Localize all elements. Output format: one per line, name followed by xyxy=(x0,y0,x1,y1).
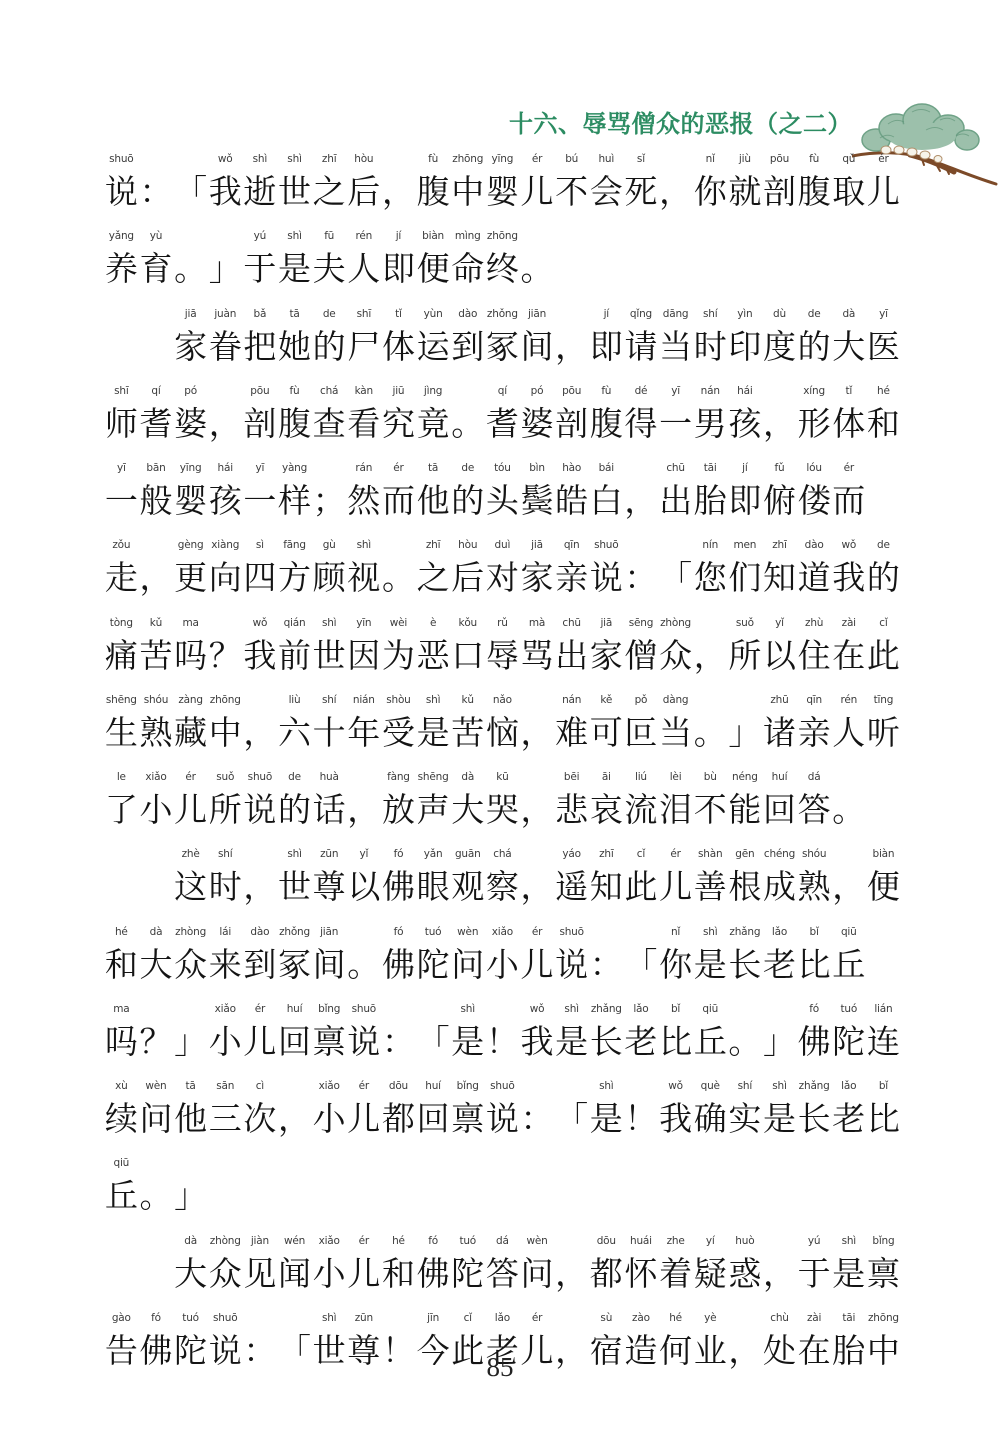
text-line: zǒu走，gèng更xiàng向sì四fāng方gù顾shì视。zhī之hòu后… xyxy=(104,536,934,613)
ruby-cell: dá答 xyxy=(485,1234,520,1309)
hanzi-text: 般 xyxy=(139,475,172,532)
pinyin-text: cǐ xyxy=(464,1311,472,1325)
text-line: ma吗？」xiǎo小ér儿huí回bǐng禀shuō说：「shì是！wǒ我shì… xyxy=(104,1000,934,1077)
ruby-cell: qiū丘 xyxy=(831,925,866,1000)
pinyin-text: tǐ xyxy=(395,307,402,321)
pinyin-text: kàn xyxy=(355,384,373,398)
pinyin-text: ér xyxy=(185,770,195,784)
ruby-cell: dù度 xyxy=(762,307,797,382)
hanzi-text: 禀 xyxy=(867,1248,900,1305)
ruby-cell: bǐ比 xyxy=(658,1002,693,1077)
ruby-cell: yùn运 xyxy=(416,307,451,382)
ruby-cell: dà大 xyxy=(450,770,485,845)
ruby-cell: 」 xyxy=(728,693,763,768)
ruby-cell: 。 xyxy=(693,693,728,768)
pinyin-text: ér xyxy=(844,461,854,475)
hanzi-text: 藏 xyxy=(174,707,207,764)
hanzi-text: ， xyxy=(521,707,554,764)
pinyin-text: zhǎng xyxy=(729,925,760,939)
pinyin-text: nián xyxy=(353,693,375,707)
page-footer: 85 xyxy=(0,1352,1000,1383)
ruby-cell: yī一 xyxy=(104,461,139,536)
pinyin-text: dá xyxy=(496,1234,509,1248)
pinyin-text: lǎo xyxy=(841,1079,856,1093)
hanzi-text: 的 xyxy=(867,552,900,609)
ruby-cell: ， xyxy=(554,307,589,382)
pinyin-text: hào xyxy=(562,461,581,475)
ruby-cell: hòu后 xyxy=(346,152,381,227)
ruby-cell: dàng当 xyxy=(658,693,693,768)
pinyin-text: bǎ xyxy=(254,307,267,321)
hanzi-text: 。 xyxy=(521,243,554,300)
pinyin-text: zǒu xyxy=(112,538,130,552)
pinyin-text: shī xyxy=(357,307,371,321)
ruby-cell: zǒu走 xyxy=(104,538,139,613)
pinyin-text: zhī xyxy=(426,538,440,552)
ruby-cell: fó佛 xyxy=(381,925,416,1000)
pinyin-text: biàn xyxy=(872,847,894,861)
hanzi-text: 说 xyxy=(105,166,138,223)
hanzi-text: 看 xyxy=(347,398,380,455)
pinyin-text: wǒ xyxy=(530,1002,545,1016)
pinyin-text: shì xyxy=(772,1079,786,1093)
ruby-cell: sǐ死 xyxy=(624,152,659,227)
pinyin-text: shēng xyxy=(418,770,449,784)
pinyin-text: chū xyxy=(562,616,580,630)
pinyin-text: fù xyxy=(428,152,438,166)
hanzi-text: 体 xyxy=(382,321,415,378)
hanzi-text: 以 xyxy=(347,861,380,918)
ruby-cell: néng能 xyxy=(728,770,763,845)
pinyin-text: zhe xyxy=(667,1234,685,1248)
ruby-cell: suǒ所 xyxy=(208,770,243,845)
hanzi-text: 住 xyxy=(798,630,831,687)
ruby-cell: kǔ苦 xyxy=(450,693,485,768)
ruby-cell: ， xyxy=(243,847,278,922)
hanzi-text: 儿 xyxy=(521,939,554,996)
pinyin-text: bǐng xyxy=(872,1234,894,1248)
pinyin-text: yù xyxy=(150,229,162,243)
hanzi-text: 陀 xyxy=(832,1016,865,1073)
ruby-cell: ér儿 xyxy=(658,847,693,922)
ruby-cell: 。 xyxy=(450,384,485,459)
chapter-title: 十六、辱骂僧众的恶报（之二） xyxy=(509,104,852,139)
ruby-cell: zhè这 xyxy=(173,847,208,922)
hanzi-text: 之 xyxy=(313,166,346,223)
hanzi-text: 把 xyxy=(243,321,276,378)
pinyin-text: zhī xyxy=(322,152,336,166)
pinyin-text: shì xyxy=(842,1234,856,1248)
hanzi-text: 一 xyxy=(659,398,692,455)
hanzi-text: 的 xyxy=(278,784,311,841)
ruby-cell: bǐng禀 xyxy=(866,1234,901,1309)
pinyin-text: shì xyxy=(703,925,717,939)
hanzi-text: 我 xyxy=(209,166,242,223)
ruby-cell: shí十 xyxy=(312,693,347,768)
pinyin-text: qǐng xyxy=(630,307,652,321)
pinyin-text: de xyxy=(461,461,474,475)
pinyin-text: suǒ xyxy=(736,616,754,630)
hanzi-text: 道 xyxy=(798,552,831,609)
hanzi-text: 家 xyxy=(590,630,623,687)
pinyin-text: dào xyxy=(805,538,824,552)
pinyin-text: wǒ xyxy=(218,152,233,166)
pinyin-text: bǐng xyxy=(318,1002,340,1016)
ruby-cell: zài在 xyxy=(831,616,866,691)
pinyin-text: wèn xyxy=(526,1234,547,1248)
pinyin-text: shí xyxy=(738,1079,752,1093)
hanzi-text: ： xyxy=(139,166,172,223)
hanzi-text: 婆 xyxy=(174,398,207,455)
pinyin-text: zhōng xyxy=(487,229,518,243)
hanzi-text: 后 xyxy=(347,166,380,223)
ruby-cell: ma吗 xyxy=(104,1002,139,1077)
pinyin-text: è xyxy=(430,616,436,630)
ruby-cell: qián前 xyxy=(277,616,312,691)
ruby-cell: fǔ俯 xyxy=(762,461,797,536)
hanzi-text: 辱 xyxy=(486,630,519,687)
hanzi-text: 泪 xyxy=(659,784,692,841)
ruby-cell: ， xyxy=(243,693,278,768)
hanzi-text: 取 xyxy=(832,166,865,223)
ruby-cell: 。 xyxy=(831,770,866,845)
pinyin-text: zhōng xyxy=(868,1311,899,1325)
ruby-cell: chá察 xyxy=(485,847,520,922)
pinyin-text: kǔ xyxy=(462,693,474,707)
ruby-cell: tuó陀 xyxy=(450,1234,485,1309)
ruby-cell: yú于 xyxy=(243,229,278,304)
ruby-cell: shēng生 xyxy=(104,693,139,768)
ruby-cell: shí实 xyxy=(728,1079,763,1154)
ruby-cell: nín您 xyxy=(693,538,728,613)
hanzi-text: 于 xyxy=(243,243,276,300)
ruby-cell: shóu熟 xyxy=(139,693,174,768)
hanzi-text: 世 xyxy=(278,861,311,918)
pinyin-text: de xyxy=(288,770,301,784)
pinyin-text: yáo xyxy=(562,847,580,861)
ruby-cell: xiǎo小 xyxy=(312,1079,347,1154)
pinyin-text: bēi xyxy=(564,770,579,784)
ruby-cell: shì是 xyxy=(762,1079,797,1154)
pinyin-text: tòng xyxy=(110,616,133,630)
pinyin-text: shī xyxy=(114,384,128,398)
pinyin-text: shàn xyxy=(698,847,722,861)
ruby-cell: mìng命 xyxy=(450,229,485,304)
pinyin-text: yīng xyxy=(492,152,514,166)
hanzi-text: 苦 xyxy=(451,707,484,764)
ruby-cell: fù腹 xyxy=(277,384,312,459)
ruby-cell: yù育 xyxy=(139,229,174,304)
pinyin-text: shì xyxy=(426,693,440,707)
hanzi-text: 此 xyxy=(867,630,900,687)
pinyin-text: wǒ xyxy=(253,616,268,630)
hanzi-text: 婆 xyxy=(521,398,554,455)
ruby-cell: wén闻 xyxy=(277,1234,312,1309)
pinyin-text: nǐ xyxy=(671,925,680,939)
ruby-cell: zūn尊 xyxy=(312,847,347,922)
ruby-cell: tā他 xyxy=(173,1079,208,1154)
ruby-cell: lǎo老 xyxy=(762,925,797,1000)
pinyin-text: de xyxy=(808,307,821,321)
ruby-cell: gēn根 xyxy=(728,847,763,922)
ruby-cell: 。 xyxy=(173,229,208,304)
ruby-cell: sān三 xyxy=(208,1079,243,1154)
ruby-cell: hé和 xyxy=(866,384,901,459)
hanzi-text: ， xyxy=(243,707,276,764)
ruby-cell: ， xyxy=(762,1234,797,1309)
hanzi-text: 眼 xyxy=(417,861,450,918)
hanzi-text: 会 xyxy=(590,166,623,223)
ruby-cell: duì对 xyxy=(485,538,520,613)
hanzi-text: 在 xyxy=(832,630,865,687)
pinyin-text: fó xyxy=(394,925,404,939)
hanzi-text: 是 xyxy=(555,1016,588,1073)
hanzi-text: 陀 xyxy=(417,939,450,996)
hanzi-text: 老 xyxy=(624,1016,657,1073)
ruby-cell: hào皓 xyxy=(554,461,589,536)
ruby-cell: 」 xyxy=(173,1156,208,1231)
hanzi-text: 小 xyxy=(313,1248,346,1305)
ruby-cell: shì视 xyxy=(346,538,381,613)
pinyin-text: jiān xyxy=(320,925,338,939)
hanzi-text: 诸 xyxy=(763,707,796,764)
hanzi-text: 形 xyxy=(798,398,831,455)
hanzi-text: 熟 xyxy=(798,861,831,918)
pinyin-text: zhī xyxy=(772,538,786,552)
hanzi-text: 年 xyxy=(347,707,380,764)
pinyin-text: men xyxy=(733,538,756,552)
hanzi-text: 我 xyxy=(832,552,865,609)
ruby-cell: pó婆 xyxy=(520,384,555,459)
ruby-cell: yǎn眼 xyxy=(416,847,451,922)
ruby-cell: dōu都 xyxy=(381,1079,416,1154)
pinyin-text: wǒ xyxy=(841,538,856,552)
hanzi-text: ， xyxy=(139,552,172,609)
ruby-cell: ér而 xyxy=(831,461,866,536)
ruby-cell: shí时 xyxy=(693,307,728,382)
hanzi-text: 熟 xyxy=(139,707,172,764)
hanzi-text: 腹 xyxy=(590,398,623,455)
hanzi-text: ： xyxy=(382,1016,415,1073)
pinyin-text: qí xyxy=(498,384,507,398)
ruby-cell: bān般 xyxy=(139,461,174,536)
ruby-cell: nán男 xyxy=(693,384,728,459)
pinyin-text: shuō xyxy=(352,1002,376,1016)
pinyin-text: zài xyxy=(842,616,856,630)
hanzi-text: 回 xyxy=(763,784,796,841)
ruby-cell: tǐ体 xyxy=(381,307,416,382)
hanzi-text: 夫 xyxy=(313,243,346,300)
hanzi-text: 时 xyxy=(209,861,242,918)
pinyin-text: yìn xyxy=(737,307,752,321)
ruby-cell: lián连 xyxy=(866,1002,901,1077)
hanzi-text: 腹 xyxy=(278,398,311,455)
pinyin-text: āi xyxy=(602,770,611,784)
pinyin-text: nán xyxy=(701,384,720,398)
ruby-cell: dé得 xyxy=(624,384,659,459)
pinyin-text: kū xyxy=(496,770,508,784)
ruby-cell: ？ xyxy=(208,616,243,691)
pinyin-text: shí xyxy=(218,847,232,861)
hanzi-text: 比 xyxy=(659,1016,692,1073)
hanzi-text: 儿 xyxy=(347,1248,380,1305)
hanzi-text: 「 xyxy=(659,552,692,609)
pinyin-text: jìng xyxy=(424,384,442,398)
hanzi-text: 声 xyxy=(417,784,450,841)
hanzi-text: 俯 xyxy=(763,475,796,532)
pinyin-text: hé xyxy=(669,1311,682,1325)
hanzi-text: 世 xyxy=(278,166,311,223)
hanzi-text: 养 xyxy=(105,243,138,300)
hanzi-text: 得 xyxy=(624,398,657,455)
hanzi-text: 都 xyxy=(590,1248,623,1305)
ruby-cell: shàn善 xyxy=(693,847,728,922)
ruby-cell: fù腹 xyxy=(416,152,451,227)
pinyin-text: bìn xyxy=(529,461,545,475)
ruby-cell: zhōng中 xyxy=(208,693,243,768)
hanzi-text: 「 xyxy=(555,1093,588,1150)
ruby-cell: zhī知 xyxy=(762,538,797,613)
ruby-cell: wǒ我 xyxy=(658,1079,693,1154)
hanzi-text: 是 xyxy=(451,1016,484,1073)
ruby-cell: huì会 xyxy=(589,152,624,227)
pinyin-text: yǐ xyxy=(775,616,784,630)
pinyin-text: mìng xyxy=(455,229,481,243)
ruby-cell: ma吗 xyxy=(173,616,208,691)
pinyin-text: tā xyxy=(186,1079,196,1093)
ruby-cell: 「 xyxy=(658,538,693,613)
pinyin-text: huí xyxy=(425,1079,441,1093)
hanzi-text: 放 xyxy=(382,784,415,841)
pinyin-text: bù xyxy=(704,770,717,784)
ruby-cell: wèi为 xyxy=(381,616,416,691)
pinyin-text: suǒ xyxy=(216,770,234,784)
hanzi-text: 小 xyxy=(139,784,172,841)
pinyin-text: wèn xyxy=(145,1079,166,1093)
pinyin-text: zhōng xyxy=(210,693,241,707)
ruby-cell: ； xyxy=(312,461,347,536)
hanzi-text: 说 xyxy=(555,939,588,996)
ruby-cell: ér儿 xyxy=(346,1079,381,1154)
pinyin-text: tuó xyxy=(182,1311,199,1325)
ruby-cell: xíng形 xyxy=(797,384,832,459)
pinyin-text: zhǒng xyxy=(487,307,518,321)
hanzi-text: ， xyxy=(243,861,276,918)
ruby-cell: tā她 xyxy=(277,307,312,382)
hanzi-text: 亲 xyxy=(555,552,588,609)
ruby-cell: wèn问 xyxy=(139,1079,174,1154)
ruby-cell: shì是 xyxy=(416,693,451,768)
pinyin-text: de xyxy=(877,538,890,552)
hanzi-text: ， xyxy=(521,861,554,918)
hanzi-text: 四 xyxy=(243,552,276,609)
text-line: le了xiǎo小ér儿suǒ所shuō说de的huà话，fàng放shēng声d… xyxy=(104,768,934,845)
pinyin-text: qiū xyxy=(114,1156,130,1170)
hanzi-text: 答 xyxy=(486,1248,519,1305)
pinyin-text: pōu xyxy=(562,384,581,398)
hanzi-text: 了 xyxy=(105,784,138,841)
ruby-cell: bù不 xyxy=(693,770,728,845)
hanzi-text: 三 xyxy=(209,1093,242,1150)
pinyin-text: chù xyxy=(770,1311,788,1325)
ruby-cell: qiū丘 xyxy=(104,1156,139,1231)
hanzi-text: 人 xyxy=(347,243,380,300)
ruby-cell: chū出 xyxy=(658,461,693,536)
pinyin-text: shuō xyxy=(490,1079,514,1093)
ruby-cell: wǒ我 xyxy=(208,152,243,227)
hanzi-text: 善 xyxy=(694,861,727,918)
hanzi-text: 鬓 xyxy=(521,475,554,532)
hanzi-text: 悲 xyxy=(555,784,588,841)
hanzi-text: 佛 xyxy=(382,861,415,918)
ruby-cell: shì是 xyxy=(693,925,728,1000)
pinyin-text: shuō xyxy=(213,1311,237,1325)
hanzi-text: ， xyxy=(555,321,588,378)
pinyin-text: fó xyxy=(809,1002,819,1016)
ruby-cell: bēi悲 xyxy=(554,770,589,845)
hanzi-text: ？ xyxy=(209,630,242,687)
hanzi-text: 所 xyxy=(728,630,761,687)
ruby-cell: rén人 xyxy=(346,229,381,304)
ruby-cell: zhòng众 xyxy=(208,1234,243,1309)
pinyin-text: nán xyxy=(562,693,581,707)
text-line: qiū丘。」 xyxy=(104,1154,934,1231)
hanzi-text: 儿 xyxy=(659,861,692,918)
hanzi-text: 冢 xyxy=(278,939,311,996)
ruby-cell: tīng听 xyxy=(866,693,901,768)
hanzi-text: 说 xyxy=(486,1093,519,1150)
ruby-cell: ， xyxy=(520,847,555,922)
ruby-cell: cì次 xyxy=(243,1079,278,1154)
ruby-cell: bái白 xyxy=(589,461,624,536)
pinyin-text: wén xyxy=(284,1234,305,1248)
hanzi-text: 孩 xyxy=(728,398,761,455)
ruby-cell: huí回 xyxy=(277,1002,312,1077)
pinyin-text: qǔ xyxy=(842,152,855,166)
hanzi-text: 偻 xyxy=(798,475,831,532)
pinyin-text: pōu xyxy=(250,384,269,398)
pinyin-text: zhī xyxy=(599,847,613,861)
pinyin-text: yè xyxy=(704,1311,716,1325)
hanzi-text: ， xyxy=(832,861,865,918)
pinyin-text: jiàn xyxy=(251,1234,269,1248)
pinyin-text: jí xyxy=(396,229,401,243)
ruby-cell: pōu剖 xyxy=(554,384,589,459)
pinyin-text: zhū xyxy=(770,693,788,707)
pinyin-text: liú xyxy=(635,770,647,784)
ruby-cell: 「 xyxy=(624,925,659,1000)
hanzi-text: 痛 xyxy=(105,630,138,687)
hanzi-text: ； xyxy=(313,475,346,532)
ruby-cell: qīn亲 xyxy=(797,693,832,768)
hanzi-text: 你 xyxy=(694,166,727,223)
pinyin-text: zhōng xyxy=(452,152,483,166)
pinyin-text: dōu xyxy=(597,1234,616,1248)
ruby-cell: shì是 xyxy=(589,1079,624,1154)
ruby-cell: suǒ所 xyxy=(728,616,763,691)
ruby-cell: 」 xyxy=(208,229,243,304)
hanzi-text: ， xyxy=(763,398,796,455)
hanzi-text: 恶 xyxy=(417,630,450,687)
hanzi-text: 中 xyxy=(451,166,484,223)
ruby-cell: jí即 xyxy=(381,229,416,304)
hanzi-text: 问 xyxy=(139,1093,172,1150)
pinyin-text: pǒ xyxy=(635,693,648,707)
pinyin-text: dāng xyxy=(663,307,689,321)
pinyin-text: qiū xyxy=(702,1002,718,1016)
hanzi-text: 遥 xyxy=(555,861,588,918)
ruby-cell: yí疑 xyxy=(693,1234,728,1309)
